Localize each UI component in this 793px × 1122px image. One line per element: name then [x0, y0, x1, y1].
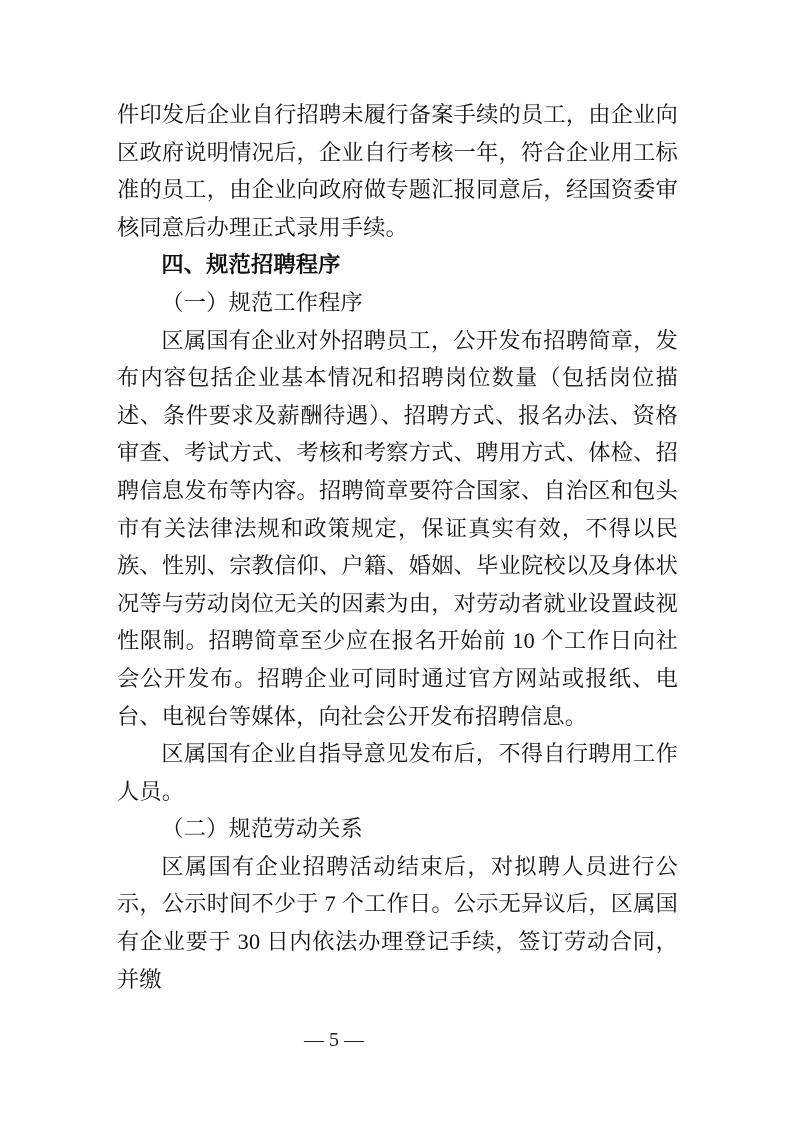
- paragraph-recruitment-procedure: 区属国有企业对外招聘员工，公开发布招聘简章，发布内容包括企业基本情况和招聘岗位数…: [117, 322, 678, 736]
- page-footer: — 5 —: [304, 1026, 364, 1054]
- paragraph-labor-relations: 区属国有企业招聘活动结束后，对拟聘人员进行公示，公示时间不少于 7 个工作日。公…: [117, 848, 678, 998]
- subsection-heading-2: （二）规范劳动关系: [117, 810, 678, 848]
- paragraph-no-self-hiring: 区属国有企业自指导意见发布后，不得自行聘用工作人员。: [117, 735, 678, 810]
- section-heading: 四、规范招聘程序: [117, 246, 678, 284]
- paragraph-continued-from-previous-page: 件印发后企业自行招聘未履行备案手续的员工，由企业向区政府说明情况后，企业自行考核…: [117, 96, 678, 246]
- subsection-heading-1: （一）规范工作程序: [117, 284, 678, 322]
- page-number: — 5 —: [304, 1029, 364, 1051]
- document-page: 件印发后企业自行招聘未履行备案手续的员工，由企业向区政府说明情况后，企业自行考核…: [0, 0, 793, 1122]
- text-block: 件印发后企业自行招聘未履行备案手续的员工，由企业向区政府说明情况后，企业自行考核…: [117, 96, 678, 998]
